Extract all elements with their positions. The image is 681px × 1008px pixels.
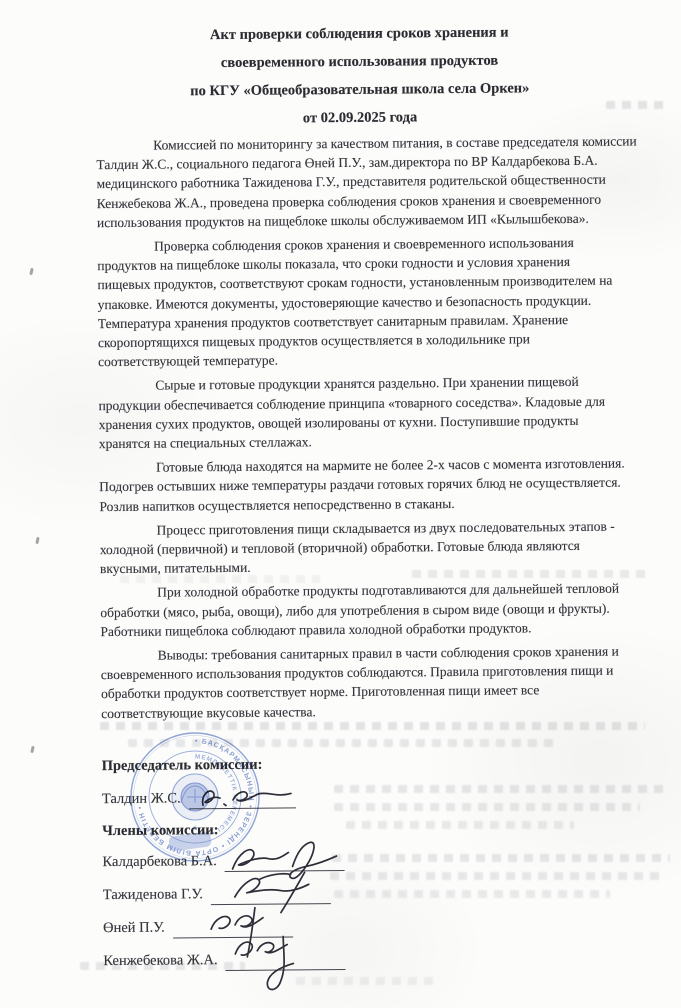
scanned-document-page: Акт проверки соблюдения сроков хранения … <box>0 0 681 1008</box>
paragraph-process: Процесс приготовления пищи складывается … <box>100 516 656 578</box>
member-signature-line <box>211 886 331 905</box>
member-signature <box>229 933 340 996</box>
paragraph-cold-processing: При холодной обработке продукты подготав… <box>100 579 656 641</box>
paragraph-commission: Комиссией по мониторингу за качеством пи… <box>96 131 653 232</box>
signature-row-member: Өней П.У. <box>103 912 659 939</box>
signature-row-member: Тажиденова Г.У. <box>103 879 659 906</box>
title-line-4: от 02.09.2025 года <box>68 101 652 134</box>
member-signature-line <box>225 952 345 971</box>
chairman-name: Талдин Ж.С. <box>102 787 181 810</box>
document-content: Акт проверки соблюдения сроков хранения … <box>0 0 681 973</box>
signature-section: Председатель комиссии: Талдин Ж.С. Члены… <box>102 752 660 972</box>
chairman-signature <box>195 784 295 815</box>
members-label: Члены комиссии: <box>102 817 658 840</box>
signature-row-member: Кенжебекова Ж.А. <box>103 945 659 972</box>
chairman-label: Председатель комиссии: <box>102 752 658 775</box>
member-name: Калдарбекова Б.А. <box>102 850 216 873</box>
signature-row-chairman: Талдин Ж.С. <box>102 783 658 810</box>
paragraph-marmite: Готовые блюда находятся на мармите не бо… <box>99 454 655 516</box>
chairman-signature-line <box>189 790 296 809</box>
signature-row-member: Калдарбекова Б.А. <box>102 846 658 873</box>
member-name: Өней П.У. <box>103 916 165 939</box>
paragraph-conclusions: Выводы: требования санитарных правил в ч… <box>101 641 658 723</box>
document-title: Акт проверки соблюдения сроков хранения … <box>67 17 652 134</box>
member-name: Кенжебекова Ж.А. <box>103 949 217 972</box>
paragraph-inspection: Проверка соблюдения сроков хранения и св… <box>97 232 654 371</box>
member-name: Тажиденова Г.У. <box>103 883 203 906</box>
paragraph-storage: Сырые и готовые продукции хранятся разде… <box>98 372 655 454</box>
